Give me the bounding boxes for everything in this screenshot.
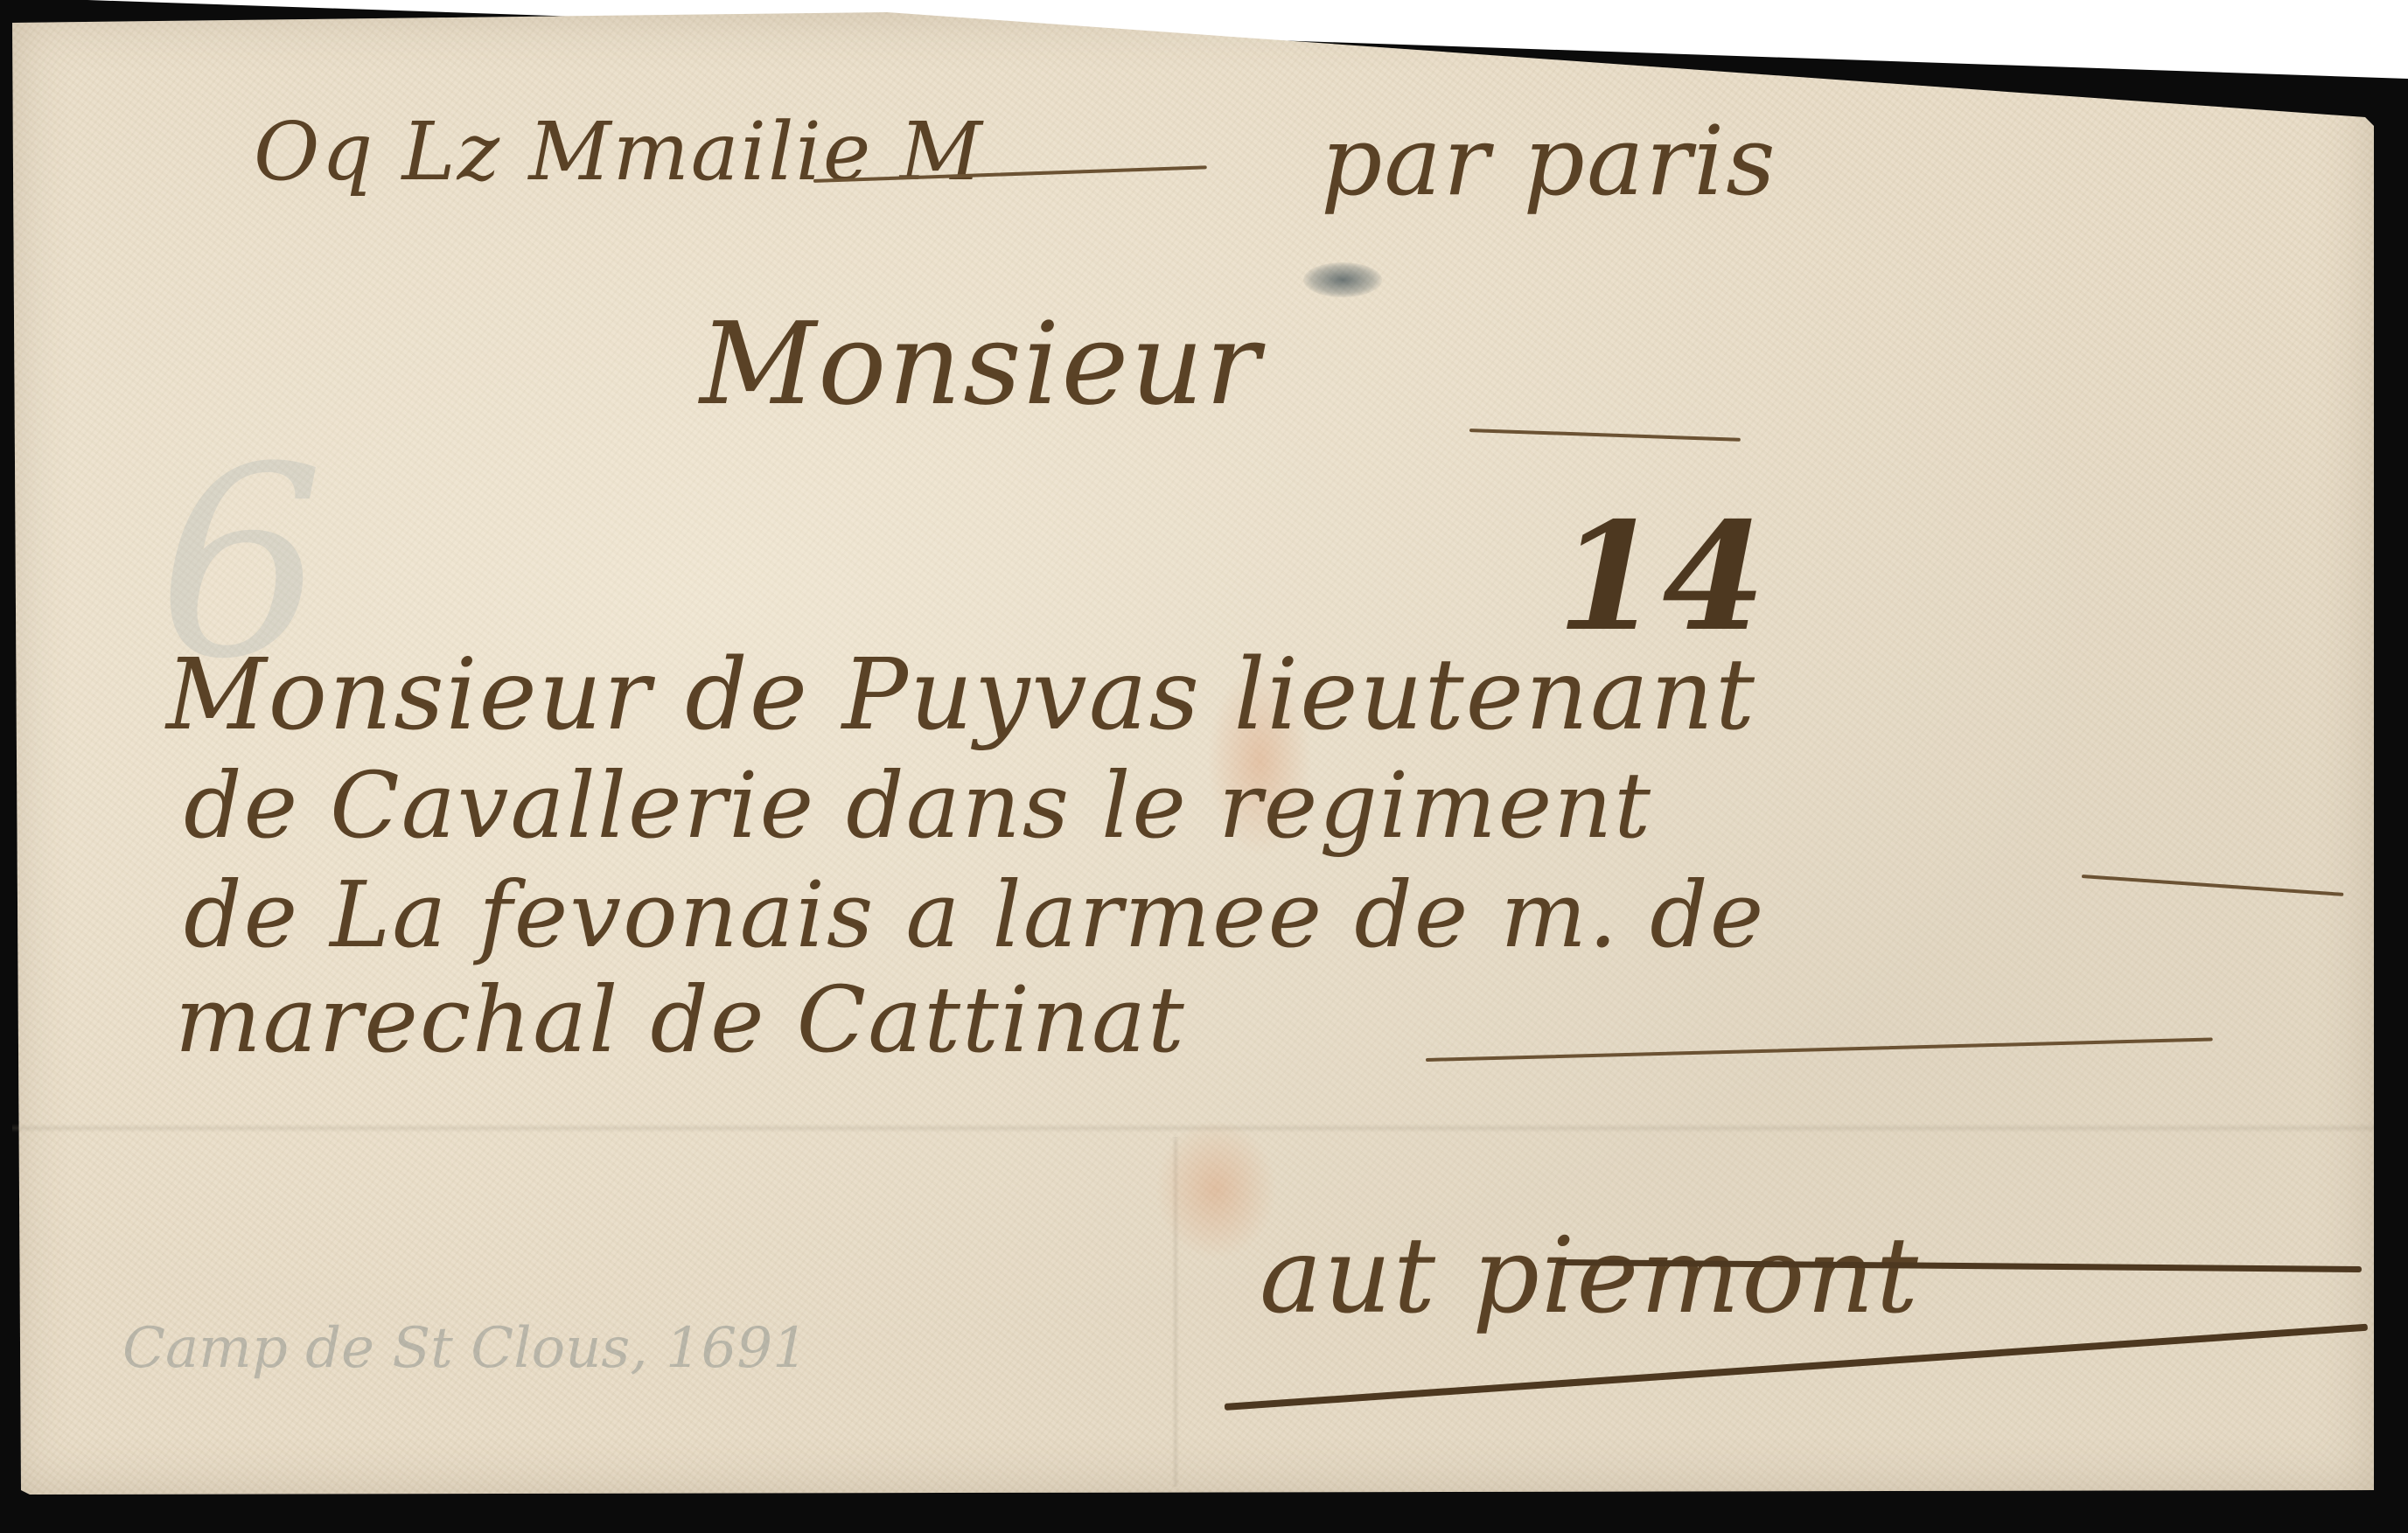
destination-piemont: aut piemont	[1260, 1216, 1920, 1337]
address-line-4: marechal de Cattinat	[175, 966, 1186, 1073]
route-annotation: par paris	[1321, 105, 1777, 217]
address-line-3: de La fevonais a larmee de m. de	[184, 861, 1765, 968]
postmark-smudge	[1303, 262, 1382, 297]
salutation-monsieur: Monsieur	[700, 297, 1261, 430]
faint-pencil-note: Camp de St Clous, 1691	[122, 1316, 808, 1381]
docket-annotation: Oq Lz Mmailie M	[254, 105, 984, 199]
address-line-1: Monsieur de Puyvas lieutenant	[166, 638, 1756, 752]
rust-stain	[1155, 1119, 1277, 1259]
address-line-2: de Cavallerie dans le regiment	[184, 752, 1652, 859]
